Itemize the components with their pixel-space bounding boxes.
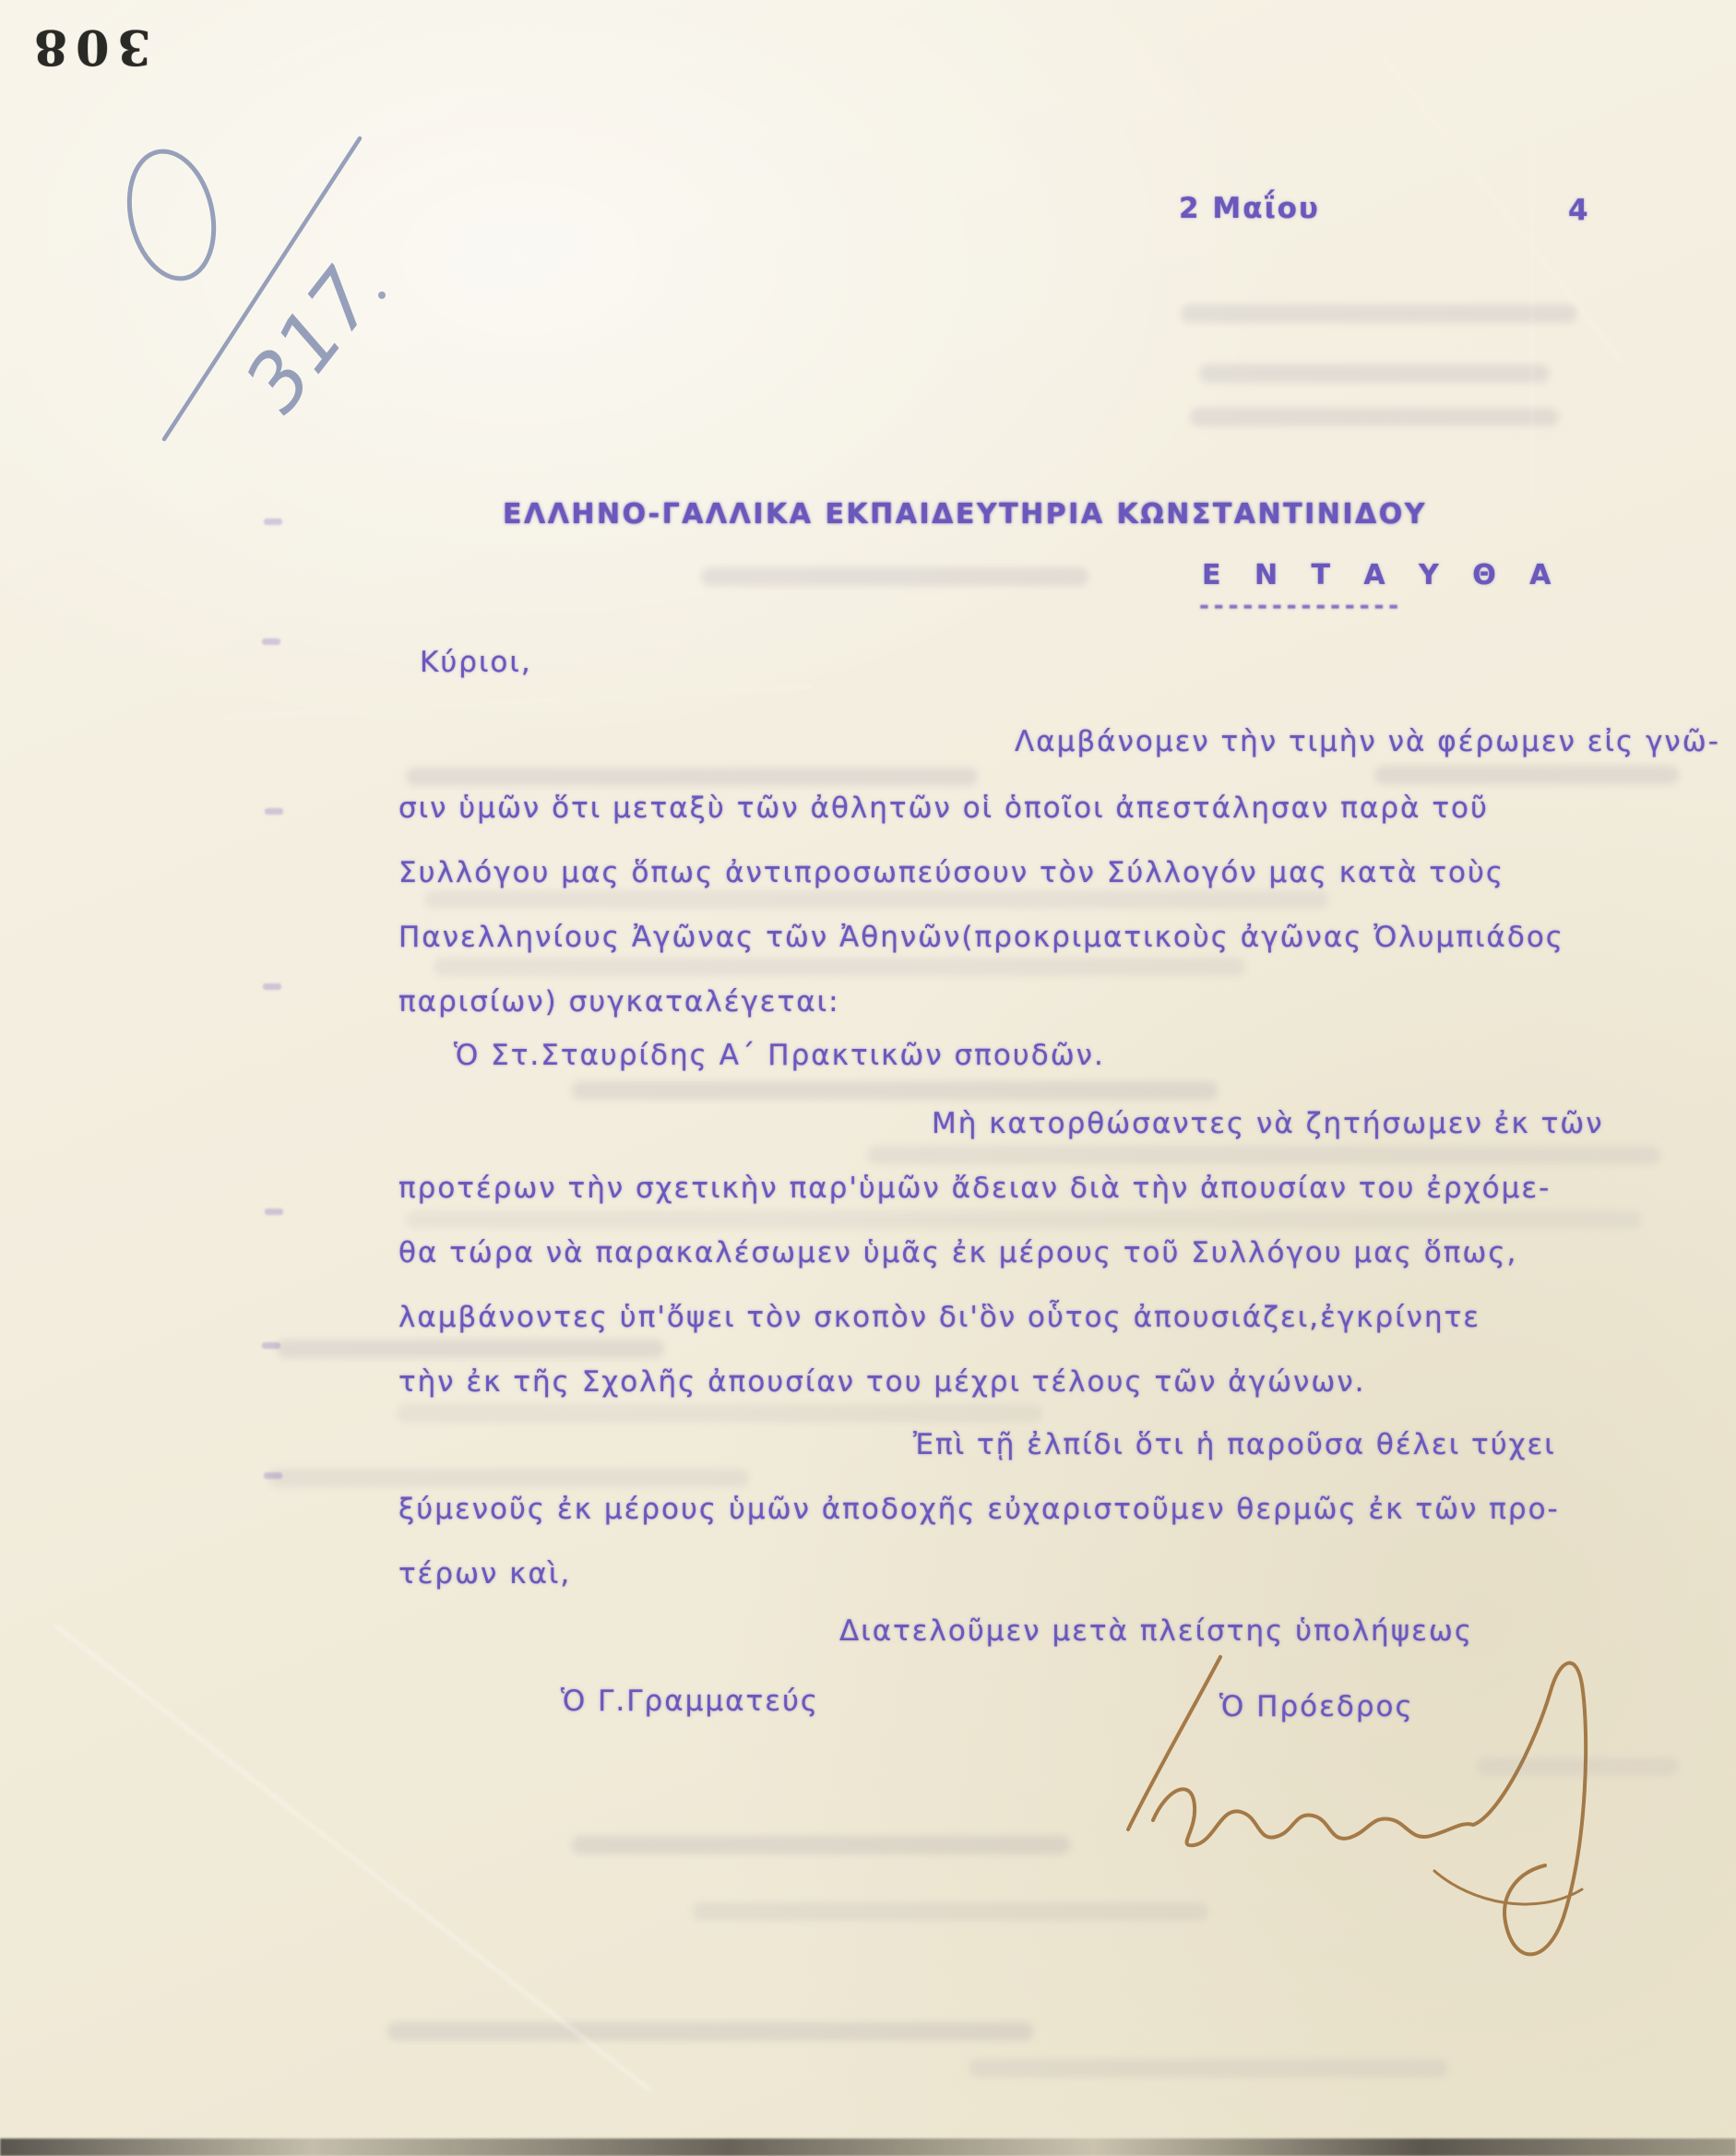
signature-stroke [1128, 1657, 1220, 1829]
body-line: σιν ὑμῶν ὅτι μεταξὺ τῶν ἀθλητῶν οἱ ὁποῖο… [398, 792, 1489, 825]
margin-bleed-mark [264, 518, 282, 525]
bleed-through-smudge [434, 958, 1245, 976]
bleed-through-smudge [277, 1340, 664, 1358]
body-line: ξύμενοῦς ἐκ μέρους ὑμῶν ἀποδοχῆς εὐχαρισ… [398, 1493, 1560, 1526]
letter-page: 308 317 O 2 Μαΐου 4 ΕΛΛΗΝΟ-ΓΑΛΛΙΚΑ ΕΚΠΑΙ… [0, 0, 1736, 2156]
paper-crease [221, 685, 811, 718]
secretary-label: Ὁ Γ.Γραμματεύς [561, 1685, 819, 1718]
signature-stroke [1473, 1663, 1586, 1955]
bleed-through-smudge [867, 1146, 1660, 1164]
body-line: Λαμβάνομεν τὴν τιμὴν νὰ φέρωμεν εἰς γνῶ- [1015, 725, 1720, 758]
registry-stamp-number: 308 [26, 18, 151, 75]
date-number: 4 [1568, 194, 1590, 227]
bleed-through-smudge [1374, 766, 1679, 784]
salutation: Κύριοι, [420, 646, 532, 679]
body-line: παρισίων) συγκαταλέγεται: [398, 985, 840, 1018]
bleed-through-smudge [406, 1210, 1642, 1229]
bleed-through-smudge [1181, 304, 1577, 323]
body-line: θα τώρα νὰ παρακαλέσωμεν ὑμᾶς ἐκ μέρους … [398, 1236, 1517, 1269]
body-line: προτέρων τὴν σχετικὴν παρ'ὑμῶν ἄδειαν δι… [398, 1172, 1551, 1205]
handwritten-letter-o-shape [117, 143, 225, 287]
bleed-through-smudge [572, 1836, 1070, 1854]
bleed-through-smudge [1476, 1757, 1679, 1776]
margin-bleed-mark [262, 1342, 280, 1349]
margin-bleed-mark [265, 1209, 283, 1215]
margin-bleed-mark [265, 808, 283, 815]
margin-bleed-mark [262, 638, 280, 645]
recipient-location-underline: -------------- [1199, 592, 1403, 620]
bleed-through-smudge [387, 2022, 1033, 2041]
recipient-title: ΕΛΛΗΝΟ-ΓΑΛΛΙΚΑ ΕΚΠΑΙΔΕΥΤΗΡΙΑ ΚΩΝΣΤΑΝΤΙΝΙ… [503, 498, 1427, 530]
handwritten-prefix: O [155, 155, 162, 165]
bleed-through-smudge [397, 1404, 1042, 1423]
paper-crease [1531, 111, 1533, 498]
bleed-through-smudge [406, 768, 978, 786]
body-line: τὴν ἐκ τῆς Σχολῆς ἀπουσίαν του μέχρι τέλ… [398, 1365, 1366, 1399]
bleed-through-smudge [1190, 408, 1559, 426]
recipient-location: Ε Ν Τ Α Υ Θ Α [1202, 559, 1563, 591]
margin-bleed-mark [264, 1472, 282, 1479]
body-line: λαμβάνοντες ὑπ'ὄψει τὸν σκοπὸν δι'ὃν οὗτ… [398, 1301, 1480, 1334]
body-line: Ἐπὶ τῇ ἐλπίδι ὅτι ἡ παροῦσα θέλει τύχει [913, 1428, 1556, 1461]
bleed-through-smudge [692, 1902, 1208, 1921]
body-line: Μὴ κατορθώσαντες νὰ ζητήσωμεν ἐκ τῶν [932, 1107, 1604, 1140]
bleed-through-smudge [269, 1469, 749, 1487]
margin-bleed-mark [263, 983, 281, 990]
body-line: τέρων καὶ, [398, 1557, 571, 1590]
handwritten-reference: 317 [109, 118, 413, 478]
handwritten-dot [378, 292, 386, 299]
body-line: Συλλόγου μας ὅπως ἀντιπροσωπεύσουν τὸν Σ… [398, 856, 1504, 889]
athlete-line: Ὁ Στ.Σταυρίδης Α΄ Πρακτικῶν σπουδῶν. [454, 1039, 1105, 1072]
bleed-through-smudge [1199, 364, 1550, 383]
president-signature [1102, 1640, 1637, 1991]
bleed-through-smudge [572, 1081, 1218, 1100]
bleed-through-smudge [969, 2059, 1448, 2078]
scan-bottom-edge [0, 2138, 1736, 2156]
handwritten-number: 317 [228, 253, 394, 429]
date-text: 2 Μαΐου [1179, 192, 1320, 225]
body-line: Πανελληνίους Ἀγῶνας τῶν Ἀθηνῶν(προκριματ… [398, 921, 1564, 954]
signature-stroke [1153, 1789, 1473, 1845]
bleed-through-smudge [424, 890, 1328, 909]
bleed-through-smudge [701, 567, 1088, 586]
